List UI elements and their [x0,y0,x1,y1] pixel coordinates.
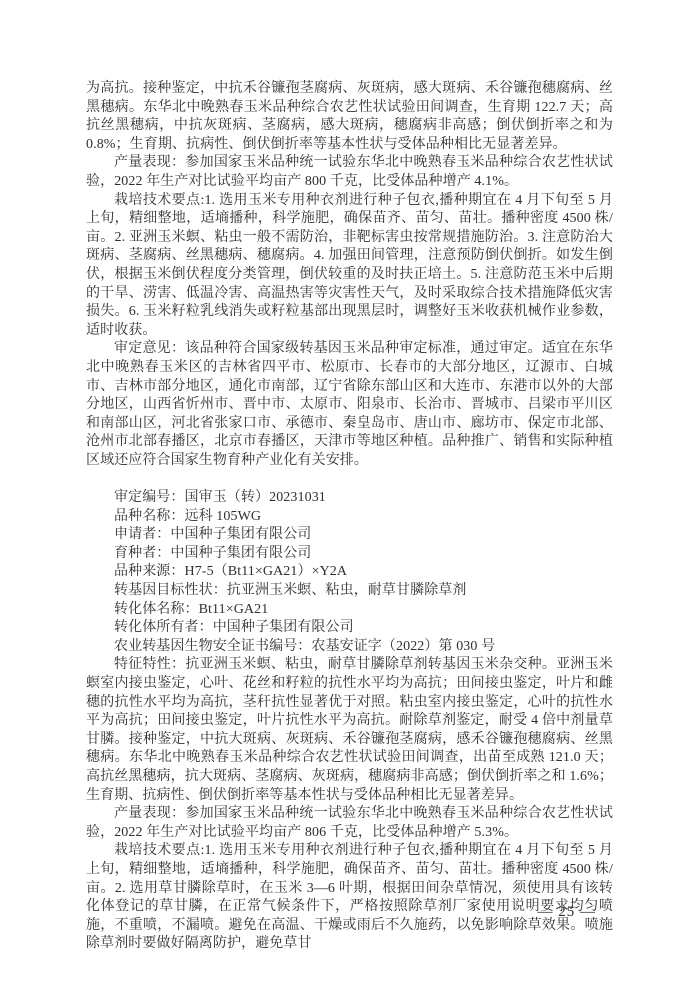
document-body: 为高抗。接种鉴定，中抗禾谷镰孢茎腐病、灰斑病，感大斑病、禾谷镰孢穗腐病、丝黑穗病… [86,80,613,954]
para-cultivation-points-1: 栽培技术要点:1. 选用玉米专用种衣剂进行种子包衣,播种期宜在 4 月下旬至 5… [86,192,613,341]
field-applicant: 申请者：中国种子集团有限公司 [86,526,613,545]
field-approval-number: 审定编号：国审玉（转）20231031 [86,489,613,508]
field-transformation-event-owner: 转化体所有者：中国种子集团有限公司 [86,619,613,638]
field-biosafety-certificate-number: 农业转基因生物安全证书编号：农基安证字（2022）第 030 号 [86,638,613,657]
field-variety-name: 品种名称：远科 105WG [86,508,613,527]
para-approval-opinion: 审定意见：该品种符合国家级转基因玉米品种审定标准，通过审定。适宜在东华北中晚熟春… [86,340,613,470]
blank-line [86,470,613,489]
page-number: — 25 — [538,903,597,921]
field-variety-origin: 品种来源：H7-5（Bt11×GA21）×Y2A [86,563,613,582]
para-resistance-continuation: 为高抗。接种鉴定，中抗禾谷镰孢茎腐病、灰斑病，感大斑病、禾谷镰孢穗腐病、丝黑穗病… [86,80,613,154]
field-transformation-event-name: 转化体名称：Bt11×GA21 [86,601,613,620]
para-yield-performance-2: 产量表现：参加国家玉米品种统一试验东华北中晚熟春玉米品种综合农艺性状试验，202… [86,805,613,842]
para-yield-performance-1: 产量表现：参加国家玉米品种统一试验东华北中晚熟春玉米品种综合农艺性状试验，202… [86,154,613,191]
para-cultivation-points-2: 栽培技术要点:1. 选用玉米专用种衣剂进行种子包衣,播种期宜在 4 月下旬至 5… [86,842,613,954]
document-page: 为高抗。接种鉴定，中抗禾谷镰孢茎腐病、灰斑病，感大斑病、禾谷镰孢穗腐病、丝黑穗病… [0,0,700,990]
field-gm-target-traits: 转基因目标性状：抗亚洲玉米螟、粘虫，耐草甘膦除草剂 [86,582,613,601]
field-breeder: 育种者：中国种子集团有限公司 [86,545,613,564]
para-characteristics: 特征特性：抗亚洲玉米螟、粘虫，耐草甘膦除草剂转基因玉米杂交种。亚洲玉米螟室内接虫… [86,656,613,805]
